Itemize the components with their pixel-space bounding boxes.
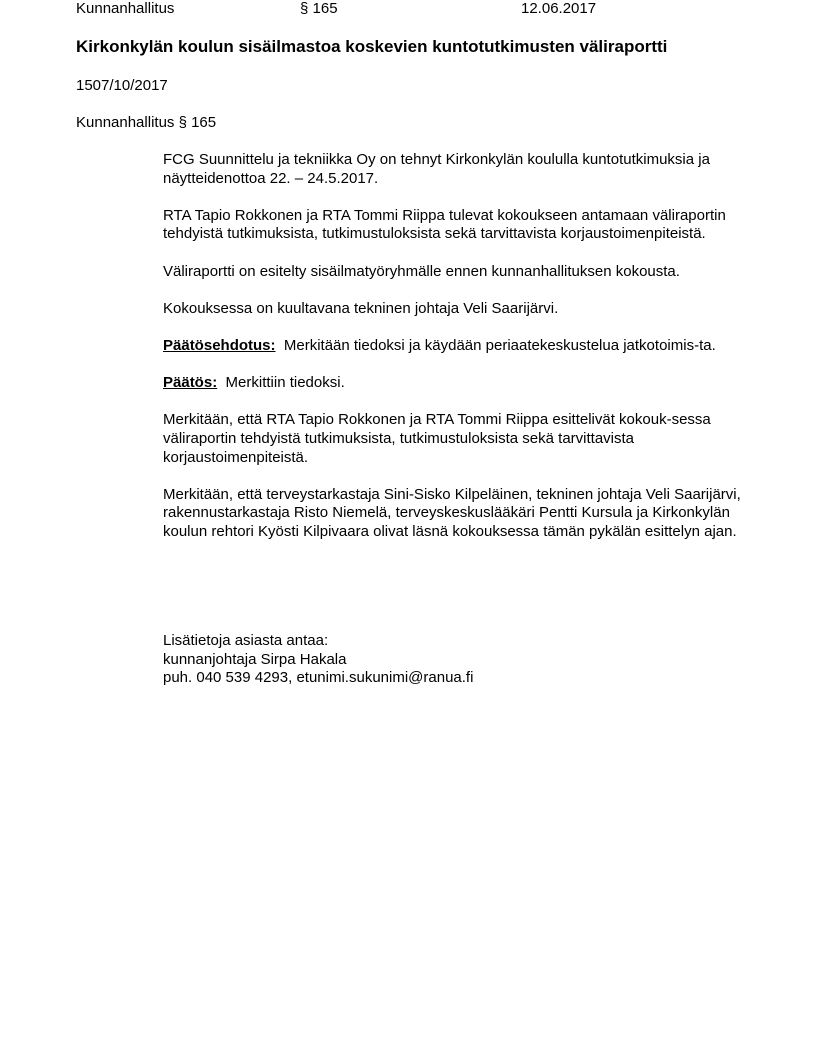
proposal-label: Päätösehdotus: — [163, 337, 276, 354]
document-title: Kirkonkylän koulun sisäilmastoa koskevie… — [76, 36, 667, 58]
decision-proposal: Päätösehdotus: Merkitään tiedoksi ja käy… — [163, 337, 743, 356]
paragraph: FCG Suunnittelu ja tekniikka Oy on tehny… — [163, 151, 743, 188]
contact-person: kunnanjohtaja Sirpa Hakala — [163, 651, 473, 670]
contact-info: Lisätietoja asiasta antaa: kunnanjohtaja… — [163, 632, 473, 688]
document-content: FCG Suunnittelu ja tekniikka Oy on tehny… — [163, 151, 743, 560]
page-header: Kunnanhallitus § 165 12.06.2017 — [0, 0, 816, 18]
paragraph: RTA Tapio Rokkonen ja RTA Tommi Riippa t… — [163, 207, 743, 244]
note-paragraph: Merkitään, että RTA Tapio Rokkonen ja RT… — [163, 411, 743, 467]
header-section-number: § 165 — [300, 0, 338, 18]
header-body-name: Kunnanhallitus — [76, 0, 174, 18]
paragraph: Kokouksessa on kuultavana tekninen johta… — [163, 300, 743, 319]
note-paragraph: Merkitään, että terveystarkastaja Sini-S… — [163, 486, 743, 542]
paragraph: Väliraportti on esitelty sisäilmatyöryhm… — [163, 263, 743, 282]
decision-text: Merkittiin tiedoksi. — [226, 374, 345, 391]
header-date: 12.06.2017 — [521, 0, 596, 18]
contact-intro: Lisätietoja asiasta antaa: — [163, 632, 473, 651]
diary-number: 1507/10/2017 — [76, 77, 168, 95]
body-section-reference: Kunnanhallitus § 165 — [76, 114, 216, 132]
proposal-text: Merkitään tiedoksi ja käydään periaateke… — [284, 337, 716, 354]
decision-label: Päätös: — [163, 374, 217, 391]
decision: Päätös: Merkittiin tiedoksi. — [163, 374, 743, 393]
contact-details: puh. 040 539 4293, etunimi.sukunimi@ranu… — [163, 669, 473, 688]
